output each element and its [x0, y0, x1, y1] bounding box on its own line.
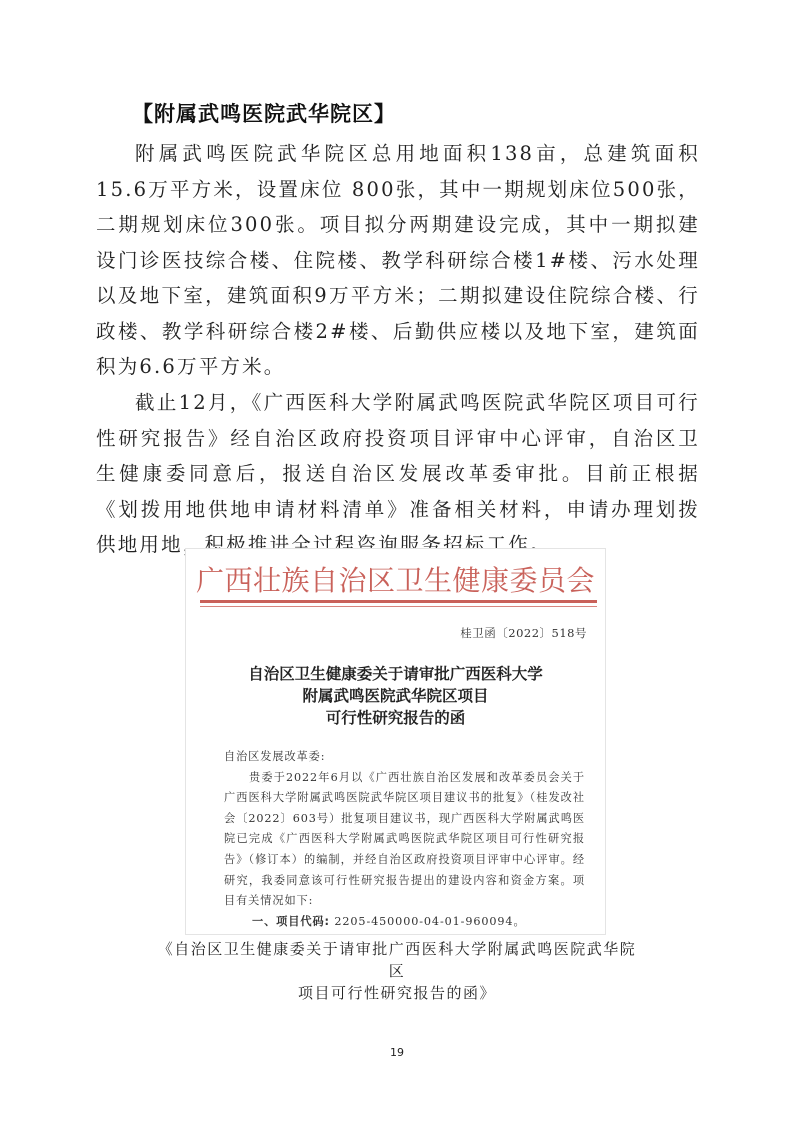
letter-body: 自治区发展改革委: 贵委于2022年6月以《广西壮族自治区发展和改革委员会关于广…	[224, 747, 585, 932]
section-heading: 【附属武鸣医院武华院区】	[132, 98, 396, 128]
project-code-line: 一、项目代码: 2205-450000-04-01-960094。	[224, 912, 585, 933]
letter-addressee: 自治区发展改革委:	[224, 747, 585, 768]
letter-title-line: 自治区卫生健康委关于请审批广西医科大学	[186, 663, 605, 685]
caption-line: 项目可行性研究报告的函》	[150, 982, 644, 1004]
letterhead-org-name: 广西壮族自治区卫生健康委员会	[186, 559, 605, 599]
figure-caption: 《自治区卫生健康委关于请审批广西医科大学附属武鸣医院武华院区 项目可行性研究报告…	[150, 938, 644, 1004]
letter-title: 自治区卫生健康委关于请审批广西医科大学 附属武鸣医院武华院区项目 可行性研究报告…	[186, 663, 605, 729]
project-code-label: 一、项目代码:	[252, 915, 330, 928]
page-number: 19	[0, 1046, 794, 1059]
letter-body-text: 贵委于2022年6月以《广西壮族自治区发展和改革委员会关于广西医科大学附属武鸣医…	[224, 768, 585, 912]
letter-title-line: 附属武鸣医院武华院区项目	[186, 685, 605, 707]
document-number: 桂卫函〔2022〕518号	[460, 625, 587, 641]
paragraph-progress: 截止12月，《广西医科大学附属武鸣医院武华院区项目可行性研究报告》经自治区政府投…	[96, 385, 700, 563]
letter-title-line: 可行性研究报告的函	[186, 707, 605, 729]
paragraph-overview: 附属武鸣医院武华院区总用地面积138亩，总建筑面积15.6万平方米，设置床位 8…	[96, 136, 700, 385]
letterhead-rule-thick	[200, 600, 597, 603]
letterhead-rule-thin	[200, 606, 597, 607]
project-code-value: 2205-450000-04-01-960094。	[334, 915, 525, 928]
embedded-letter-image: 广西壮族自治区卫生健康委员会 桂卫函〔2022〕518号 自治区卫生健康委关于请…	[185, 548, 606, 935]
caption-line: 《自治区卫生健康委关于请审批广西医科大学附属武鸣医院武华院区	[150, 938, 644, 982]
